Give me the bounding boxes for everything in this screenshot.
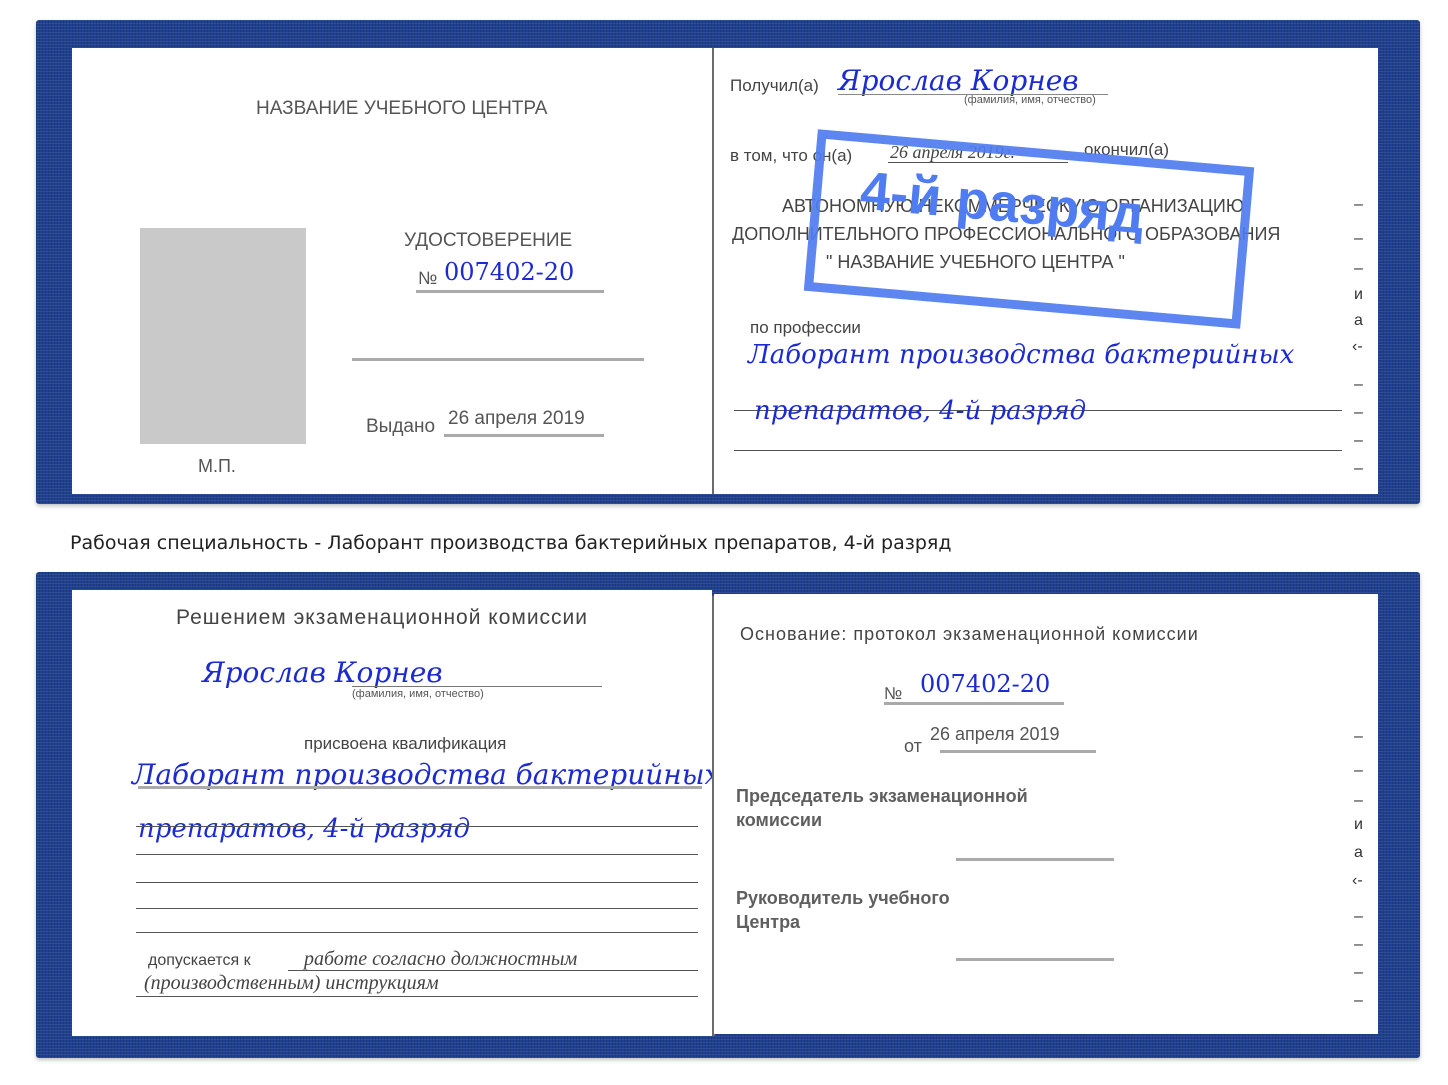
blank-rule [136, 882, 698, 883]
document-title: УДОСТОВЕРЕНИЕ [404, 230, 572, 252]
admitted-label: допускается к [148, 952, 251, 970]
protocol-date: 26 апреля 2019 [930, 724, 1060, 745]
commission-heading: Решением экзаменационной комиссии [176, 606, 588, 630]
edge-mark: ‹- [1352, 872, 1363, 890]
admitted-line-1: работе согласно должностным [304, 948, 577, 971]
blank-rule [136, 826, 698, 827]
seal-label: М.П. [198, 456, 236, 477]
edge-mark: а [1354, 312, 1363, 330]
certificate-cover-bottom: Решением экзаменационной комиссии Яросла… [36, 572, 1420, 1058]
number-underline [416, 290, 604, 293]
edge-mark: а [1354, 844, 1363, 862]
profession-line-2: препаратов, 4-й разряд [754, 396, 1086, 426]
protocol-date-underline [940, 750, 1096, 753]
training-center-name: НАЗВАНИЕ УЧЕБНОГО ЦЕНТРА [256, 98, 548, 120]
name-hint-back: (фамилия, имя, отчество) [352, 688, 484, 700]
edge-mark: – [1354, 936, 1363, 954]
edge-mark: – [1354, 230, 1363, 248]
protocol-number-underline [884, 702, 1064, 705]
head-label-1: Руководитель учебного [736, 888, 950, 909]
admitted-rule-1 [288, 970, 698, 971]
certificate-back-right-page: Основание: протокол экзаменационной коми… [714, 594, 1378, 1034]
certificate-right-page: Получил(а) Ярослав Корнев (фамилия, имя,… [714, 48, 1378, 494]
edge-mark: – [1354, 260, 1363, 278]
protocol-date-label: от [904, 736, 922, 757]
chairman-label-1: Председатель экзаменационной [736, 786, 1028, 807]
protocol-number-label: № [884, 684, 902, 704]
certificate-left-page: НАЗВАНИЕ УЧЕБНОГО ЦЕНТРА УДОСТОВЕРЕНИЕ №… [72, 48, 712, 494]
blank-rule [136, 908, 698, 909]
admitted-rule-2 [136, 996, 698, 997]
edge-mark: и [1354, 286, 1363, 304]
admitted-line-2: (производственным) инструкциям [144, 972, 439, 995]
received-label: Получил(а) [730, 76, 819, 96]
edge-mark: ‹- [1352, 338, 1363, 356]
issued-date: 26 апреля 2019 [448, 408, 585, 430]
certificate-number: 007402-20 [444, 258, 574, 286]
qualification-line-2: препаратов, 4-й разряд [138, 814, 470, 844]
signature-line [352, 358, 644, 361]
profession-label: по профессии [750, 318, 861, 338]
edge-mark: – [1354, 992, 1363, 1010]
basis-label: Основание: протокол экзаменационной коми… [740, 624, 1199, 645]
chairman-signature-line [956, 858, 1114, 861]
recipient-name-back: Ярослав Корнев [202, 656, 443, 689]
edge-mark: – [1354, 460, 1363, 478]
profession-line-1: Лаборант производства бактерийных [748, 340, 1294, 370]
blank-rule [136, 854, 698, 855]
qualification-rule-1 [138, 786, 702, 789]
edge-mark: – [1354, 728, 1363, 746]
edge-mark: – [1354, 196, 1363, 214]
certificate-cover-top: НАЗВАНИЕ УЧЕБНОГО ЦЕНТРА УДОСТОВЕРЕНИЕ №… [36, 20, 1420, 504]
head-signature-line [956, 958, 1114, 961]
edge-mark: – [1354, 792, 1363, 810]
photo-placeholder [140, 228, 306, 444]
qualification-label: присвоена квалификация [304, 734, 506, 754]
edge-mark: – [1354, 964, 1363, 982]
edge-mark: и [1354, 816, 1363, 834]
head-label-2: Центра [736, 912, 800, 933]
edge-mark: – [1354, 404, 1363, 422]
number-label: № [418, 268, 437, 289]
protocol-number: 007402-20 [920, 670, 1050, 698]
profession-rule-2 [734, 450, 1342, 451]
certificate-back-left-page: Решением экзаменационной комиссии Яросла… [72, 590, 712, 1036]
recipient-name: Ярослав Корнев [838, 64, 1079, 97]
issued-underline [444, 434, 604, 437]
specialty-caption: Рабочая специальность - Лаборант произво… [70, 532, 951, 554]
recipient-underline-back [352, 686, 602, 687]
edge-mark: – [1354, 432, 1363, 450]
edge-mark: – [1354, 376, 1363, 394]
chairman-label-2: комиссии [736, 810, 822, 831]
edge-mark: – [1354, 908, 1363, 926]
blank-rule [136, 932, 698, 933]
name-hint: (фамилия, имя, отчество) [964, 94, 1096, 106]
edge-mark: – [1354, 762, 1363, 780]
issued-label: Выдано [366, 416, 435, 438]
